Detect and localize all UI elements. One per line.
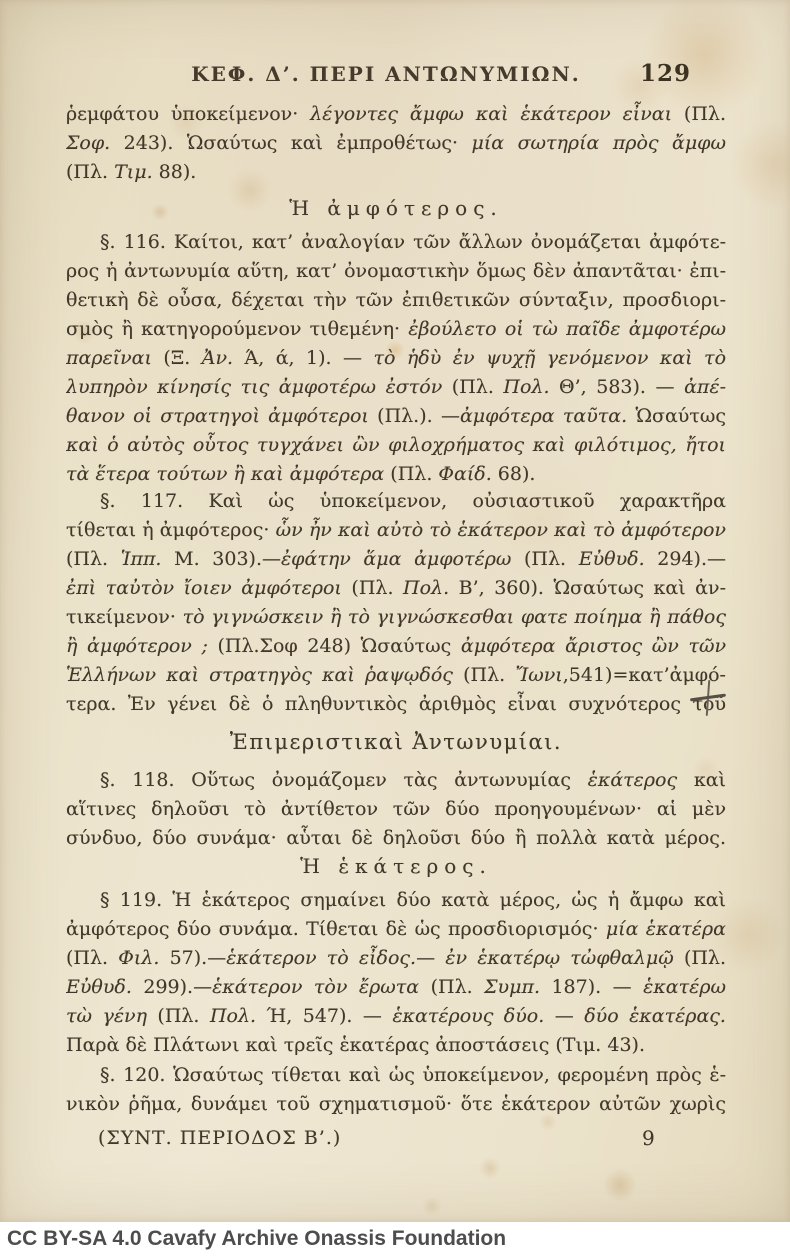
- license-bar: CC BY-SA 4.0 Cavafy Archive Onassis Foun…: [0, 1222, 790, 1256]
- text-line: Εὐθυδ. 299).—ἑκάτερον τὸν ἔρωτα (Πλ. Συμ…: [66, 973, 726, 1002]
- text-line: Παρὰ δὲ Πλάτωνι καὶ τρεῖς ἑκατέρας ἀποστ…: [66, 1031, 726, 1060]
- section-heading: Ἡ ἀμφότερος.: [66, 193, 726, 223]
- text-line: Σοφ. 243). Ὡσαύτως καὶ ἐμπροθέτως· μία σ…: [66, 129, 726, 158]
- text-line: §. 117. Καὶ ὡς ὑποκείμενον, οὐσιαστικοῦ …: [66, 487, 726, 516]
- text-line: (Πλ. Τιμ. 88).: [66, 158, 726, 187]
- paragraph: §. 118. Οὕτως ὀνομάζομεν τὰς ἀντωνυμίας …: [66, 766, 726, 853]
- paragraph: ῥεμφάτου ὑποκείμενον· λέγοντες ἄμφω καὶ …: [66, 100, 726, 187]
- text-line: (Πλ. Φιλ. 57).—ἑκάτερον τὸ εἶδος.— ἐν ἑκ…: [66, 944, 726, 973]
- paragraph: §. 117. Καὶ ὡς ὑποκείμενον, οὐσιαστικοῦ …: [66, 487, 726, 719]
- text-line: §. 118. Οὕτως ὀνομάζομεν τὰς ἀντωνυμίας …: [66, 766, 726, 795]
- text-line: τερα. Ἐν γένει δὲ ὁ πληθυντικὸς ἀριθμὸς …: [66, 690, 726, 719]
- text-line: θετικὴ δὲ οὖσα, δέχεται τὴν τῶν ἐπιθετικ…: [66, 286, 726, 315]
- chapter-running-head: ΚΕΦ. Δ’. ΠΕΡΙ ΑΝΤΩΝΥΜΙΩΝ.: [66, 62, 706, 86]
- paragraph: §. 116. Καίτοι, κατ’ ἀναλογίαν τῶν ἄλλων…: [66, 228, 726, 489]
- pencil-cross-icon: [690, 680, 726, 716]
- text-line: ἐπὶ ταὐτὸν ἴοιεν ἀμφότεροι (Πλ. Πολ. Β’,…: [66, 574, 726, 603]
- section-heading: Ἡ ἑκάτερος.: [66, 851, 726, 881]
- text-line: Ἑλλήνων καὶ στρατηγὸς καὶ ῥαψῳδός (Πλ. Ἴ…: [66, 661, 726, 690]
- text-line: § 119. Ἡ ἑκάτερος σημαίνει δύο κατὰ μέρο…: [66, 886, 726, 915]
- text-line: τὰ ἕτερα τούτων ἢ καὶ ἀμφότερα (Πλ. Φαίδ…: [66, 460, 726, 489]
- text-line: τίθεται ἡ ἀμφότερος· ὧν ἦν καὶ αὐτὸ τὸ ἑ…: [66, 516, 726, 545]
- page-footer: (ΣΥΝΤ. ΠΕΡΙΟΔΟΣ Β’.) 9: [66, 1124, 726, 1153]
- page-text-block: ΚΕΦ. Δ’. ΠΕΡΙ ΑΝΤΩΝΥΜΙΩΝ. 129 ῥεμφάτου ὑ…: [66, 0, 726, 1222]
- sheet-number: 9: [642, 1124, 656, 1153]
- text-line: ἢ ἀμφότερον ; (Πλ.Σοφ 248) Ὡσαύτως ἀμφότ…: [66, 632, 726, 661]
- text-line: αἵτινες δηλοῦσι τὸ ἀντίθετον τῶν δύο προ…: [66, 795, 726, 824]
- text-line: σύνδυο, δύο συνάμα· αὗται δὲ δηλοῦσι δύο…: [66, 824, 726, 853]
- text-line: καὶ ὁ αὐτὸς οὗτος τυγχάνει ὢν φιλοχρήματ…: [66, 431, 726, 460]
- paragraph: §. 120. Ὡσαύτως τίθεται καὶ ὡς ὑποκείμεν…: [66, 1061, 726, 1119]
- text-line: σμὸς ἢ κατηγορούμενον τιθεμένη· ἐβούλετο…: [66, 315, 726, 344]
- license-text: CC BY-SA 4.0 Cavafy Archive Onassis Foun…: [7, 1227, 506, 1251]
- printer-signature: (ΣΥΝΤ. ΠΕΡΙΟΔΟΣ Β’.): [98, 1127, 341, 1149]
- text-line: τικείμενον· τὸ γιγνώσκειν ἢ τὸ γιγνώσκεσ…: [66, 603, 726, 632]
- text-line: (Πλ. Ἱππ. Μ. 303).—ἐφάτην ἅμα ἀμφοτέρω (…: [66, 545, 726, 574]
- text-line: ῥεμφάτου ὑποκείμενον· λέγοντες ἄμφω καὶ …: [66, 100, 726, 129]
- text-line: νικὸν ῥῆμα, δυνάμει τοῦ σχηματισμοῦ· ὅτε…: [66, 1090, 726, 1119]
- section-heading: Ἐπιμεριστικαὶ Ἀντωνυμίαι.: [66, 727, 726, 757]
- paragraph: § 119. Ἡ ἑκάτερος σημαίνει δύο κατὰ μέρο…: [66, 886, 726, 1060]
- text-line: ἀμφότερος δύο συνάμα. Τίθεται δὲ ὡς προσ…: [66, 915, 726, 944]
- text-line: λυπηρὸν κίνησίς τις ἀμφοτέρω ἐστόν (Πλ. …: [66, 373, 726, 402]
- text-line: παρεῖναι (Ξ. Ἀν. Ά, ά, 1). — τὸ ἡδὺ ἐν ψ…: [66, 344, 726, 373]
- text-line: τὼ γένη (Πλ. Πολ. Ή, 547). — ἑκατέρους δ…: [66, 1002, 726, 1031]
- scanned-book-page: ΚΕΦ. Δ’. ΠΕΡΙ ΑΝΤΩΝΥΜΙΩΝ. 129 ῥεμφάτου ὑ…: [0, 0, 790, 1222]
- text-line: §. 116. Καίτοι, κατ’ ἀναλογίαν τῶν ἄλλων…: [66, 228, 726, 257]
- text-line: §. 120. Ὡσαύτως τίθεται καὶ ὡς ὑποκείμεν…: [66, 1061, 726, 1090]
- page-number: 129: [640, 60, 691, 87]
- text-line: ρος ἡ ἀντωνυμία αὕτη, κατ’ ὀνομαστικὴν ὅ…: [66, 257, 726, 286]
- text-line: θανον οἱ στρατηγοὶ ἀμφότεροι (Πλ.). —ἀμφ…: [66, 402, 726, 431]
